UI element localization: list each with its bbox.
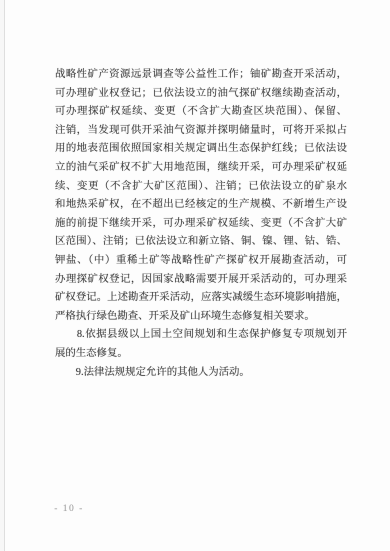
text-line: 可办理矿业权登记；已依法设立的油气探矿权继续勘查活动， [55, 85, 347, 104]
scanned-document-page: { "document": { "lines": [ { "text": "战略… [0, 0, 390, 551]
text-line: 办理探矿权登记，因国家战略需要开展开采活动的，可办理采 [55, 271, 347, 290]
text-line: 续、变更（不含扩大矿区范围）、注销；已依法设立的矿泉水 [55, 178, 347, 197]
text-line: 立的油气采矿权不扩大用地范围，继续开采，可办理采矿权延 [55, 159, 347, 178]
document-body: 战略性矿产资源远景调查等公益性工作；铀矿勘查开采活动，可办理矿业权登记；已依法设… [55, 66, 347, 382]
text-line: 8.依据县级以上国土空间规划和生态保护修复专项规划开 [55, 326, 347, 345]
text-line: 展的生态修复。 [55, 345, 347, 364]
page-number: - 10 - [42, 502, 96, 516]
text-line: 注销，当发现可供开采油气资源并探明储量时，可将开采拟占 [55, 122, 347, 141]
text-line: 9.法律法规规定允许的其他人为活动。 [55, 364, 347, 383]
scan-left-edge-line [4, 0, 5, 551]
text-line: 施的前提下继续开采，可办理采矿权延续、变更（不含扩大矿 [55, 215, 347, 234]
text-line: 区范围）、注销；已依法设立和新立铬、铜、镍、锂、钴、锆、 [55, 233, 347, 252]
text-line: 用的地表范围依照国家相关规定调出生态保护红线；已依法设 [55, 140, 347, 159]
text-line: 战略性矿产资源远景调查等公益性工作；铀矿勘查开采活动， [55, 66, 347, 85]
text-line: 可办理探矿权延续、变更（不含扩大勘查区块范围）、保留、 [55, 103, 347, 122]
text-line: 严格执行绿色勘查、开采及矿山环境生态修复相关要求。 [55, 308, 347, 327]
text-line: 矿权登记。上述勘查开采活动，应落实减缓生态环境影响措施， [55, 289, 347, 308]
text-line: 和地热采矿权，在不超出已经核定的生产规模、不新增生产设 [55, 196, 347, 215]
text-line: 钾盐、（中）重稀土矿等战略性矿产探矿权开展勘查活动，可 [55, 252, 347, 271]
